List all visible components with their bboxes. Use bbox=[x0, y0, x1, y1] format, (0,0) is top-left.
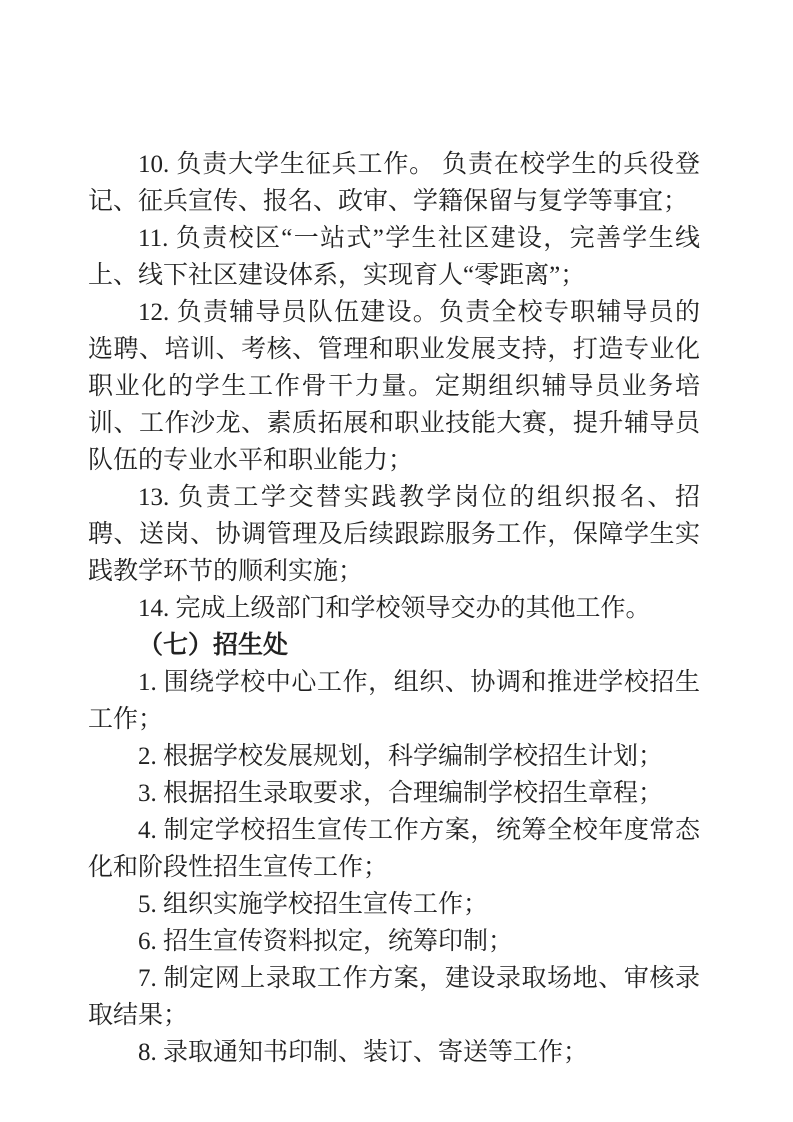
document-page: 10. 负责大学生征兵工作。 负责在校学生的兵役登记、征兵宣传、报名、政审、学籍… bbox=[0, 0, 793, 1122]
paragraph-admission-5: 5. 组织实施学校招生宣传工作； bbox=[88, 886, 700, 923]
paragraph-admission-8: 8. 录取通知书印制、装订、寄送等工作； bbox=[88, 1034, 700, 1071]
paragraph-duty-14: 14. 完成上级部门和学校领导交办的其他工作。 bbox=[88, 590, 700, 627]
paragraph-duty-10: 10. 负责大学生征兵工作。 负责在校学生的兵役登记、征兵宣传、报名、政审、学籍… bbox=[88, 146, 700, 220]
paragraph-admission-4: 4. 制定学校招生宣传工作方案，统筹全校年度常态化和阶段性招生宣传工作； bbox=[88, 812, 700, 886]
paragraph-duty-12: 12. 负责辅导员队伍建设。负责全校专职辅导员的选聘、培训、考核、管理和职业发展… bbox=[88, 294, 700, 479]
paragraph-admission-7: 7. 制定网上录取工作方案，建设录取场地、审核录取结果； bbox=[88, 960, 700, 1034]
paragraph-duty-13: 13. 负责工学交替实践教学岗位的组织报名、招聘、送岗、协调管理及后续跟踪服务工… bbox=[88, 479, 700, 590]
paragraph-admission-1: 1. 围绕学校中心工作，组织、协调和推进学校招生工作； bbox=[88, 664, 700, 738]
paragraph-admission-3: 3. 根据招生录取要求，合理编制学校招生章程； bbox=[88, 775, 700, 812]
paragraph-admission-2: 2. 根据学校发展规划，科学编制学校招生计划； bbox=[88, 738, 700, 775]
paragraph-duty-11: 11. 负责校区“一站式”学生社区建设，完善学生线上、线下社区建设体系，实现育人… bbox=[88, 220, 700, 294]
paragraph-admission-6: 6. 招生宣传资料拟定，统筹印制； bbox=[88, 923, 700, 960]
document-body: 10. 负责大学生征兵工作。 负责在校学生的兵役登记、征兵宣传、报名、政审、学籍… bbox=[88, 146, 700, 1071]
section-heading-admissions-office: （七）招生处 bbox=[88, 627, 700, 664]
